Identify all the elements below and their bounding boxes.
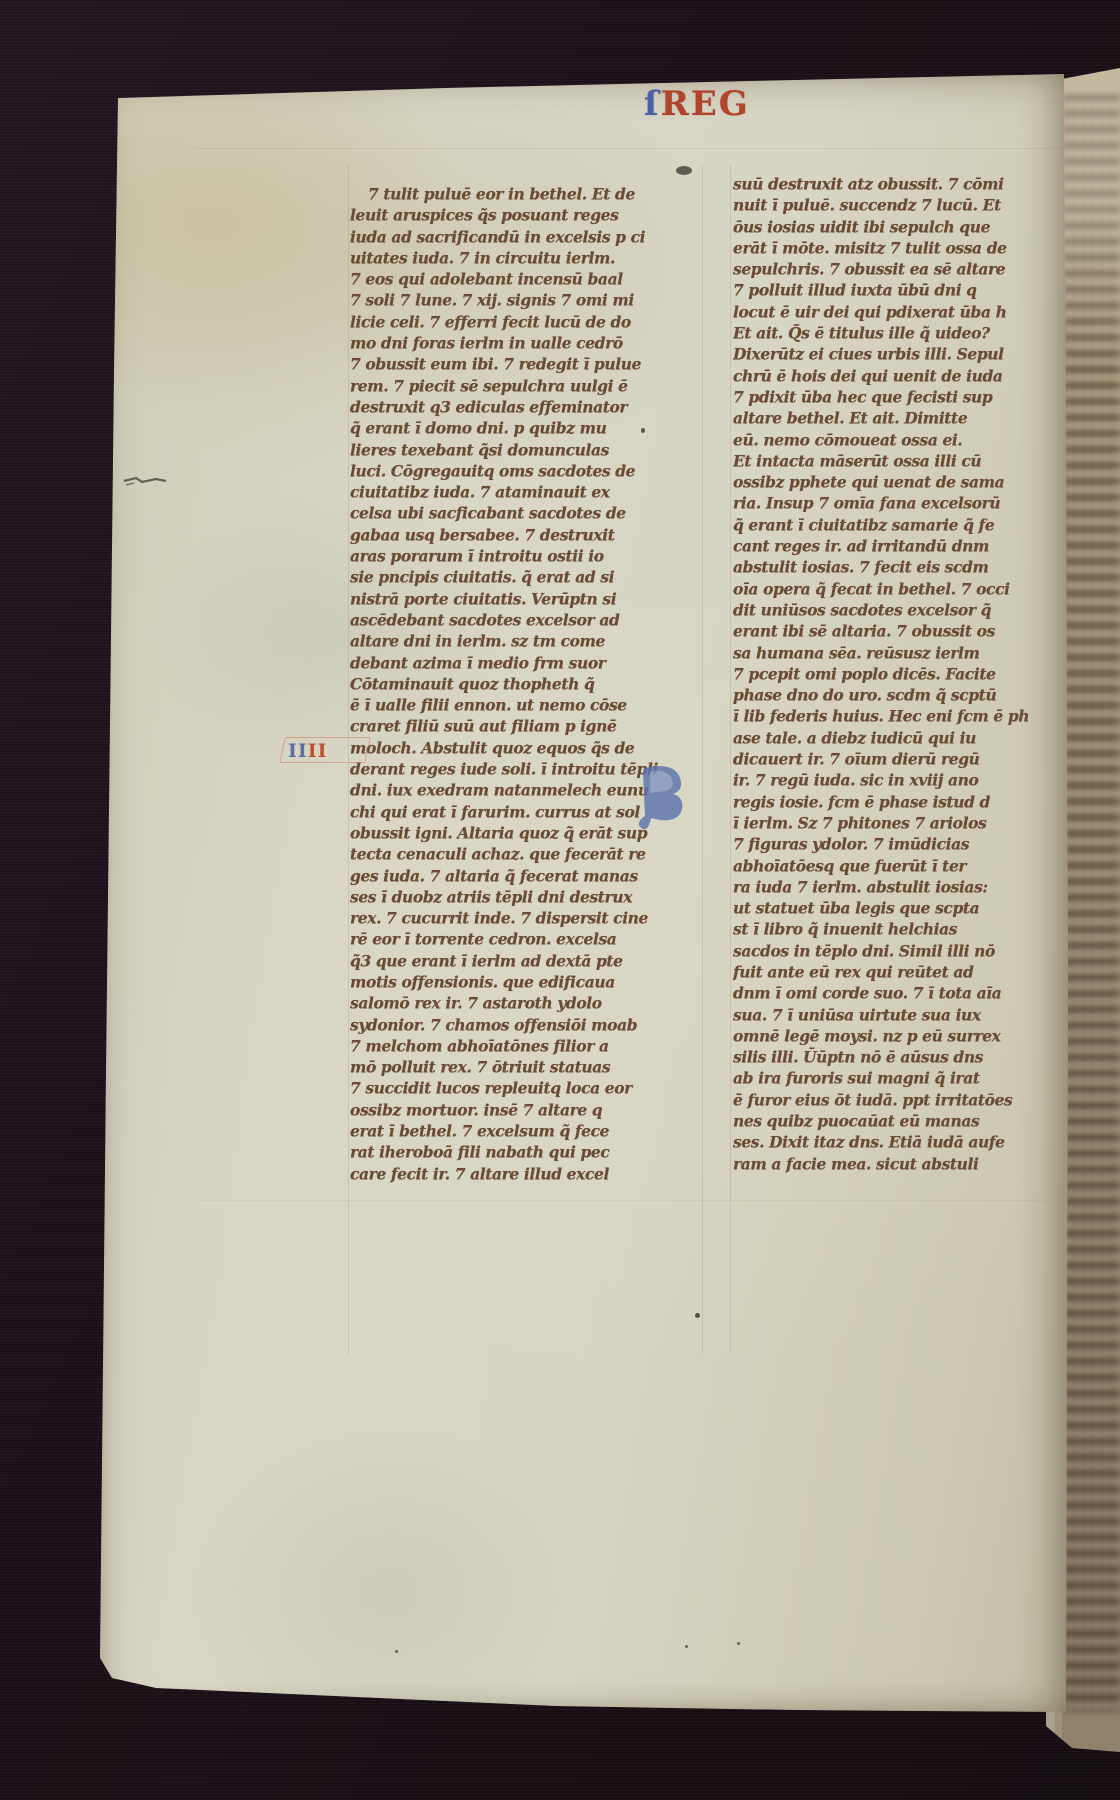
manuscript-text-line: sacdos in tēplo dni. Simil illi nō xyxy=(733,941,1069,963)
manuscript-text-line: dit uniūsos sacdotes excelsor q̃ xyxy=(733,600,1069,622)
manuscript-text-line: 7 pcepit omi poplo dicēs. Facite xyxy=(733,664,1069,686)
header-title: REG xyxy=(661,84,750,124)
manuscript-text-line: fuit ante eū rex qui reūtet ad xyxy=(733,962,1069,984)
manuscript-text-line: licie celi. 7 efferri fecit lucū de do xyxy=(350,312,704,334)
manuscript-text-line: 7 succidit lucos repleuitq loca eor xyxy=(350,1078,704,1100)
manuscript-text-line: nistrā porte ciuitatis. Verūptn si xyxy=(350,589,704,611)
manuscript-text-line: q̃3 que erant ī ierlm ad dextā pte xyxy=(350,951,704,973)
manuscript-text-line: altare bethel. Et ait. Dimitte xyxy=(733,408,1069,430)
header-title-re: REG xyxy=(661,84,750,124)
manuscript-text-line: ascēdebant sacdotes excelsor ad xyxy=(350,610,704,632)
manuscript-text-line: ī lib federis huius. Hec eni fcm ē ph xyxy=(733,706,1069,728)
manuscript-text-line: aras porarum ī introitu ostii io xyxy=(350,546,704,568)
manuscript-text-line: leuit aruspices q̃s posuant reges xyxy=(350,205,704,227)
ruling-line-gutter-right xyxy=(730,164,731,1354)
manuscript-text-line: 7 melchom abhoīatōnes filior a xyxy=(350,1036,704,1058)
manuscript-text-line: ciuitatibz iuda. 7 ataminauit ex xyxy=(350,482,704,504)
ink-speck xyxy=(395,1650,398,1653)
manuscript-text-line: eū. nemo cōmoueat ossa ei. xyxy=(733,430,1069,452)
header-initial: ſ xyxy=(644,84,661,124)
manuscript-text-line: luci. Cōgregauitq oms sacdotes de xyxy=(350,461,704,483)
manuscript-text-line: ram a facie mea. sicut abstuli xyxy=(733,1154,1069,1176)
manuscript-text-line: suū destruxit atz obussit. 7 cōmi xyxy=(733,174,1069,196)
chapter-mark-blue: II xyxy=(288,740,308,762)
manuscript-text-line: ab ira furoris sui magni q̃ irat xyxy=(733,1068,1069,1090)
manuscript-text-line: q̃ erant ī domo dni. p quibz mu xyxy=(350,418,704,440)
manuscript-text-line: rem. 7 piecit sē sepulchra uulgi ē xyxy=(350,376,704,398)
manuscript-text-line: st ī libro q̃ inuenit helchias xyxy=(733,919,1069,941)
ink-speck xyxy=(737,1642,740,1645)
manuscript-text-line: rē eor ī torrente cedron. excelsa xyxy=(350,929,704,951)
manuscript-text-line: lieres texebant q̃si domunculas xyxy=(350,440,704,462)
ink-speck xyxy=(695,1313,700,1318)
manuscript-text-line: Et intacta māserūt ossa illi cū xyxy=(733,451,1069,473)
manuscript-text-line: regis iosie. fcm ē phase istud d xyxy=(733,792,1069,814)
manuscript-text-line: tecta cenaculi achaz. que fecerāt re xyxy=(350,844,704,866)
manuscript-text-line: salomō rex ir. 7 astaroth ydolo xyxy=(350,993,704,1015)
manuscript-text-line: rex. 7 cucurrit inde. 7 dispersit cine xyxy=(350,908,704,930)
manuscript-text-line: 7 eos qui adolebant incensū baal xyxy=(350,269,704,291)
manuscript-text-line: ē ī ualle filii ennon. ut nemo cōse xyxy=(350,695,704,717)
manuscript-text-line: oīa opera q̃ fecat in bethel. 7 occi xyxy=(733,579,1069,601)
pen-trial-mark xyxy=(122,472,168,488)
manuscript-text-line: mō polluit rex. 7 ōtriuit statuas xyxy=(350,1057,704,1079)
manuscript-text-line: ōus iosias uidit ibi sepulch que xyxy=(733,217,1069,239)
manuscript-text-line: cant reges ir. ad irritandū dnm xyxy=(733,536,1069,558)
manuscript-text-line: Cōtaminauit quoz thopheth q̃ xyxy=(350,674,704,696)
manuscript-text-line: 7 tulit puluē eor in bethel. Et de xyxy=(350,184,704,206)
manuscript-text-line: gabaa usq bersabee. 7 destruxit xyxy=(350,525,704,547)
manuscript-text-line: ses ī duobz atriis tēpli dni destrux xyxy=(350,887,704,909)
manuscript-text-line: ses. Dixit itaz dns. Etiā iudā aufe xyxy=(733,1132,1069,1154)
manuscript-text-line: ossibz mortuor. insē 7 altare q xyxy=(350,1100,704,1122)
manuscript-text-line: 7 figuras ydolor. 7 imūdicias xyxy=(733,834,1069,856)
manuscript-text-line: Et ait. Q̃s ē titulus ille q̃ uideo? xyxy=(733,323,1069,345)
manuscript-text-line: destruxit q3 ediculas effeminator xyxy=(350,397,704,419)
manuscript-text-line: erant ibi sē altaria. 7 obussit os xyxy=(733,621,1069,643)
manuscript-page: ſREG 7 tulit puluē eor in bethel. Et del… xyxy=(96,72,1072,1724)
chapter-marginal-mark: IIII xyxy=(288,740,362,766)
manuscript-text-line: abstulit iosias. 7 fecit eis scdm xyxy=(733,557,1069,579)
manuscript-text-line: chrū ē hois dei qui uenit de iuda xyxy=(733,366,1069,388)
manuscript-text-line: rat iheroboā fili nabath qui pec xyxy=(350,1142,704,1164)
manuscript-text-line: ria. Insup 7 omīa fana excelsorū xyxy=(733,493,1069,515)
manuscript-text-line: locut ē uir dei qui pdixerat ūba h xyxy=(733,302,1069,324)
manuscript-text-line: sydonior. 7 chamos offensiōi moab xyxy=(350,1015,704,1037)
manuscript-text-line: nes quibz puocaūat eū manas xyxy=(733,1111,1069,1133)
chapter-mark-red: II xyxy=(308,740,328,762)
manuscript-text-line: 7 polluit illud iuxta ūbū dni q xyxy=(733,280,1069,302)
ruling-line-top xyxy=(196,148,1066,149)
ruling-line-bottom xyxy=(196,1200,1066,1201)
manuscript-text-line: sa humana sēa. reūsusz ierlm xyxy=(733,643,1069,665)
manuscript-text-line: ī ierlm. Sz 7 phitones 7 ariolos xyxy=(733,813,1069,835)
manuscript-text-line: q̃ erant ī ciuitatibz samarie q̃ fe xyxy=(733,515,1069,537)
manuscript-text-line: phase dno do uro. scdm q̃ scptū xyxy=(733,685,1069,707)
manuscript-text-line: iuda ad sacrificandū in excelsis p ci xyxy=(350,227,704,249)
ink-speck xyxy=(685,1645,688,1648)
manuscript-text-line: 7 soli 7 lune. 7 xij. signis 7 omi mi xyxy=(350,290,704,312)
ink-speck xyxy=(641,428,645,433)
manuscript-text-line: dicauert ir. 7 oīum dierū regū xyxy=(733,749,1069,771)
manuscript-text-line: Dixerūtz ei ciues urbis illi. Sepul xyxy=(733,344,1069,366)
running-header: ſREG xyxy=(644,84,750,130)
manuscript-text-line: sepulchris. 7 obussit ea sē altare xyxy=(733,259,1069,281)
manuscript-text-line: altare dni in ierlm. sz tm come xyxy=(350,631,704,653)
manuscript-text-line: ges iuda. 7 altaria q̃ fecerat manas xyxy=(350,866,704,888)
manuscript-text-line: celsa ubi sacficabant sacdotes de xyxy=(350,503,704,525)
manuscript-text-line: mo dni foras ierlm in ualle cedrō xyxy=(350,333,704,355)
manuscript-text-line: 7 obussit eum ibi. 7 redegit ī pulue xyxy=(350,354,704,376)
manuscript-text-line: care fecit ir. 7 altare illud excel xyxy=(350,1164,704,1186)
manuscript-text-line: silis illi. Ūūptn nō ē aūsus dns xyxy=(733,1047,1069,1069)
manuscript-text-line: erāt ī mōte. misitz 7 tulit ossa de xyxy=(733,238,1069,260)
manuscript-text-line: sie pncipis ciuitatis. q̃ erat ad si xyxy=(350,567,704,589)
text-column-left: 7 tulit puluē eor in bethel. Et deleuit … xyxy=(350,184,704,1200)
manuscript-text-line: ir. 7 regū iuda. sic in xviij ano xyxy=(733,770,1069,792)
manuscript-text-line: erat ī bethel. 7 excelsum q̃ fece xyxy=(350,1121,704,1143)
manuscript-text-line: 7 pdixit ūba hec que fecisti sup xyxy=(733,387,1069,409)
paraph-icon xyxy=(636,762,688,836)
manuscript-text-line: motis offensionis. que edificaua xyxy=(350,972,704,994)
manuscript-text-line: nuit ī puluē. succendz 7 lucū. Et xyxy=(733,195,1069,217)
manuscript-text-line: dnm ī omi corde suo. 7 ī tota aīa xyxy=(733,983,1069,1005)
manuscript-text-line: craret filiū suū aut filiam p ignē xyxy=(350,716,704,738)
manuscript-text-line: debant azima ī medio frm suor xyxy=(350,653,704,675)
manuscript-text-line: omnē legē moysi. nz p eū surrex xyxy=(733,1026,1069,1048)
manuscript-text-line: ase tale. a diebz iudicū qui iu xyxy=(733,728,1069,750)
manuscript-text-line: uitates iuda. 7 in circuitu ierlm. xyxy=(350,248,704,270)
manuscript-text-line: sua. 7 ī uniūsa uirtute sua iux xyxy=(733,1005,1069,1027)
manuscript-text-line: ē furor eius ōt iudā. ppt irritatōes xyxy=(733,1090,1069,1112)
manuscript-text-line: ra iuda 7 ierlm. abstulit iosias: xyxy=(733,877,1069,899)
manuscript-text-line: ossibz pphete qui uenat de sama xyxy=(733,472,1069,494)
manuscript-text-line: abhoīatōesq que fuerūt ī ter xyxy=(733,856,1069,878)
text-column-right: suū destruxit atz obussit. 7 cōminuit ī … xyxy=(733,174,1069,1196)
manuscript-text-line: moloch. Abstulit quoz equos q̃s de xyxy=(350,738,704,760)
ink-smudge xyxy=(676,166,692,175)
manuscript-text-line: ut statuet ūba legis que scpta xyxy=(733,898,1069,920)
